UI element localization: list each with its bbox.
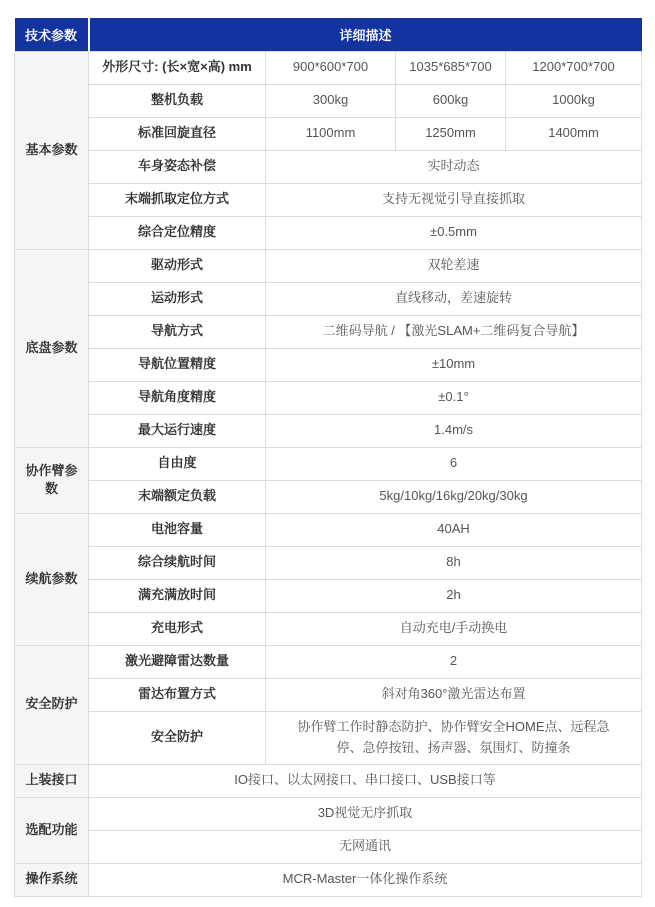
value-cell: 斜对角360°激光雷达布置: [266, 678, 642, 711]
category-basic-params: 基本参数: [15, 51, 89, 249]
param-cell: 雷达布置方式: [89, 678, 266, 711]
category-top-interface: 上装接口: [15, 764, 89, 797]
table-row: 安全防护 协作臂工作时静态防护、协作臂安全HOME点、远程急停、急停按钮、扬声器…: [15, 711, 642, 764]
table-row: 最大运行速度 1.4m/s: [15, 414, 642, 447]
value-cell: 1.4m/s: [266, 414, 642, 447]
value-cell: 8h: [266, 546, 642, 579]
table-row: 无网通讯: [15, 830, 642, 863]
category-endurance-params: 续航参数: [15, 513, 89, 645]
value-cell: 900*600*700: [266, 51, 396, 84]
param-cell: 末端额定负载: [89, 480, 266, 513]
value-cell: 1200*700*700: [506, 51, 642, 84]
value-cell: 二维码导航 / 【激光SLAM+二维码复合导航】: [266, 315, 642, 348]
param-cell: 车身姿态补偿: [89, 150, 266, 183]
value-cell: 1100mm: [266, 117, 396, 150]
spec-table: 技术参数 详细描述 基本参数 外形尺寸: (长×宽×高) mm 900*600*…: [14, 18, 642, 897]
value-cell: 1000kg: [506, 84, 642, 117]
param-cell: 导航方式: [89, 315, 266, 348]
table-row: 导航方式 二维码导航 / 【激光SLAM+二维码复合导航】: [15, 315, 642, 348]
table-row: 整机负载 300kg 600kg 1000kg: [15, 84, 642, 117]
header-detail-description: 详细描述: [89, 18, 642, 51]
category-safety-protection: 安全防护: [15, 645, 89, 764]
table-row: 标准回旋直径 1100mm 1250mm 1400mm: [15, 117, 642, 150]
value-cell: 40AH: [266, 513, 642, 546]
param-cell: 自由度: [89, 447, 266, 480]
param-cell: 激光避障雷达数量: [89, 645, 266, 678]
value-cell: 3D视觉无序抓取: [89, 797, 642, 830]
value-cell: 2: [266, 645, 642, 678]
table-row: 续航参数 电池容量 40AH: [15, 513, 642, 546]
header-tech-params: 技术参数: [15, 18, 89, 51]
table-row: 运动形式 直线移动，差速旋转: [15, 282, 642, 315]
value-cell: 1400mm: [506, 117, 642, 150]
param-cell: 最大运行速度: [89, 414, 266, 447]
value-cell: ±0.5mm: [266, 216, 642, 249]
value-cell: 自动充电/手动换电: [266, 612, 642, 645]
param-cell: 综合定位精度: [89, 216, 266, 249]
value-cell: 600kg: [396, 84, 506, 117]
value-cell: 5kg/10kg/16kg/20kg/30kg: [266, 480, 642, 513]
category-operating-system: 操作系统: [15, 863, 89, 896]
table-row: 末端抓取定位方式 支持无视觉引导直接抓取: [15, 183, 642, 216]
value-cell: MCR-Master一体化操作系统: [89, 863, 642, 896]
value-cell: 实时动态: [266, 150, 642, 183]
table-row: 协作臂参数 自由度 6: [15, 447, 642, 480]
value-cell: IO接口、以太网接口、串口接口、USB接口等: [89, 764, 642, 797]
category-optional-features: 选配功能: [15, 797, 89, 863]
param-cell: 导航角度精度: [89, 381, 266, 414]
table-row: 基本参数 外形尺寸: (长×宽×高) mm 900*600*700 1035*6…: [15, 51, 642, 84]
param-cell: 综合续航时间: [89, 546, 266, 579]
table-row: 综合定位精度 ±0.5mm: [15, 216, 642, 249]
category-chassis-params: 底盘参数: [15, 249, 89, 447]
table-row: 满充满放时间 2h: [15, 579, 642, 612]
value-cell: 无网通讯: [89, 830, 642, 863]
param-cell: 安全防护: [89, 711, 266, 764]
value-cell: 2h: [266, 579, 642, 612]
table-row: 选配功能 3D视觉无序抓取: [15, 797, 642, 830]
value-cell: 1250mm: [396, 117, 506, 150]
value-cell: 1035*685*700: [396, 51, 506, 84]
table-header-row: 技术参数 详细描述: [15, 18, 642, 51]
value-cell: 双轮差速: [266, 249, 642, 282]
param-cell: 充电形式: [89, 612, 266, 645]
table-row: 雷达布置方式 斜对角360°激光雷达布置: [15, 678, 642, 711]
table-row: 操作系统 MCR-Master一体化操作系统: [15, 863, 642, 896]
param-cell: 导航位置精度: [89, 348, 266, 381]
value-cell: 支持无视觉引导直接抓取: [266, 183, 642, 216]
table-row: 上装接口 IO接口、以太网接口、串口接口、USB接口等: [15, 764, 642, 797]
spec-table-container: 技术参数 详细描述 基本参数 外形尺寸: (长×宽×高) mm 900*600*…: [14, 18, 641, 897]
param-cell: 末端抓取定位方式: [89, 183, 266, 216]
value-cell: ±0.1°: [266, 381, 642, 414]
param-cell: 外形尺寸: (长×宽×高) mm: [89, 51, 266, 84]
table-row: 导航位置精度 ±10mm: [15, 348, 642, 381]
value-cell: ±10mm: [266, 348, 642, 381]
table-row: 底盘参数 驱动形式 双轮差速: [15, 249, 642, 282]
param-cell: 整机负载: [89, 84, 266, 117]
param-cell: 满充满放时间: [89, 579, 266, 612]
value-cell: 300kg: [266, 84, 396, 117]
table-row: 末端额定负载 5kg/10kg/16kg/20kg/30kg: [15, 480, 642, 513]
value-cell: 6: [266, 447, 642, 480]
table-row: 导航角度精度 ±0.1°: [15, 381, 642, 414]
param-cell: 运动形式: [89, 282, 266, 315]
category-arm-params: 协作臂参数: [15, 447, 89, 513]
table-row: 充电形式 自动充电/手动换电: [15, 612, 642, 645]
value-cell: 协作臂工作时静态防护、协作臂安全HOME点、远程急停、急停按钮、扬声器、氛围灯、…: [266, 711, 642, 764]
table-row: 安全防护 激光避障雷达数量 2: [15, 645, 642, 678]
table-row: 综合续航时间 8h: [15, 546, 642, 579]
param-cell: 驱动形式: [89, 249, 266, 282]
table-row: 车身姿态补偿 实时动态: [15, 150, 642, 183]
param-cell: 电池容量: [89, 513, 266, 546]
value-cell: 直线移动，差速旋转: [266, 282, 642, 315]
param-cell: 标准回旋直径: [89, 117, 266, 150]
